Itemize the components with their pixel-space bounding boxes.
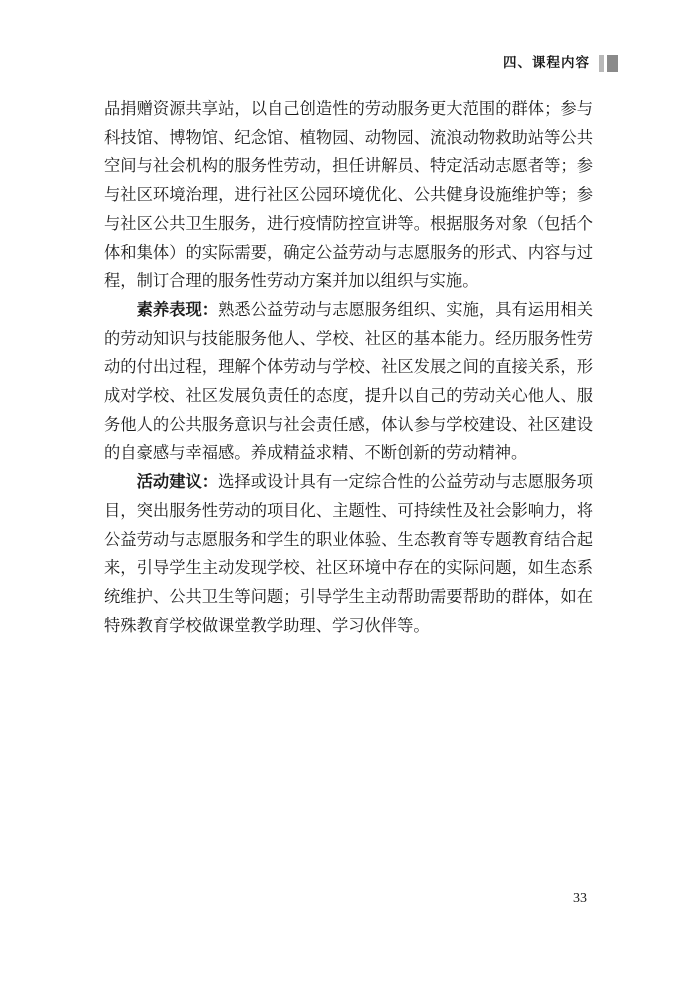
- paragraph-lead: 活动建议：: [137, 473, 219, 491]
- header-bar-light-icon: [599, 55, 604, 72]
- header-bar-dark-icon: [607, 55, 618, 72]
- document-page: 四、课程内容 品捐赠资源共享站，以自己创造性的劳动服务更大范围的群体；参与科技馆…: [0, 0, 695, 982]
- page-header: 四、课程内容: [503, 54, 618, 72]
- paragraph-body: 熟悉公益劳动与志愿服务组织、实施，具有运用相关的劳动知识与技能服务他人、学校、社…: [104, 300, 593, 463]
- paragraph-continued: 品捐赠资源共享站，以自己创造性的劳动服务更大范围的群体；参与科技馆、博物馆、纪念…: [104, 95, 593, 296]
- body-text: 品捐赠资源共享站，以自己创造性的劳动服务更大范围的群体；参与科技馆、博物馆、纪念…: [104, 95, 593, 640]
- header-title: 四、课程内容: [503, 54, 590, 72]
- paragraph-suyang-biaoxian: 素养表现：熟悉公益劳动与志愿服务组织、实施，具有运用相关的劳动知识与技能服务他人…: [104, 296, 593, 468]
- paragraph-body: 品捐赠资源共享站，以自己创造性的劳动服务更大范围的群体；参与科技馆、博物馆、纪念…: [104, 99, 593, 290]
- paragraph-lead: 素养表现：: [137, 301, 219, 319]
- paragraph-body: 选择或设计具有一定综合性的公益劳动与志愿服务项目，突出服务性劳动的项目化、主题性…: [104, 472, 593, 635]
- paragraph-huodong-jianyi: 活动建议：选择或设计具有一定综合性的公益劳动与志愿服务项目，突出服务性劳动的项目…: [104, 468, 593, 640]
- page-number: 33: [573, 890, 587, 908]
